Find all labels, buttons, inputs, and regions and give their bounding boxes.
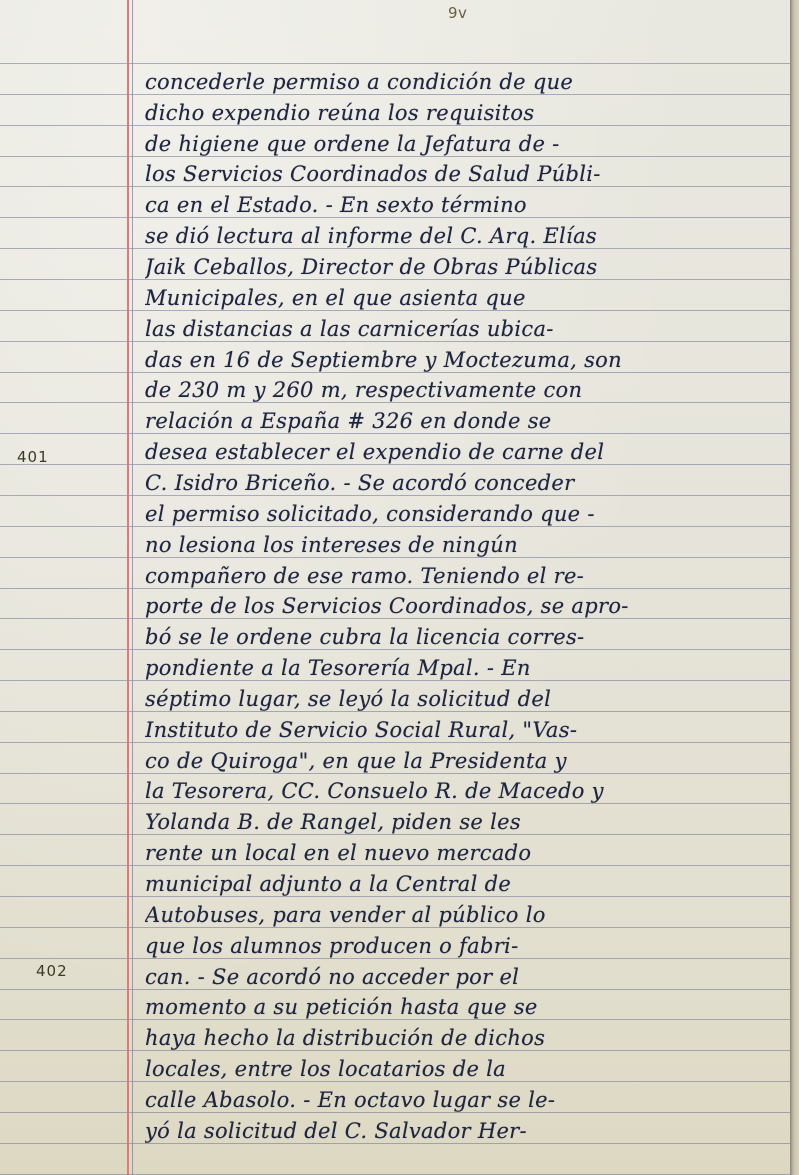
handwritten-line: C. Isidro Briceño. - Se acordó conceder — [145, 468, 775, 498]
handwritten-line: de higiene que ordene la Jefatura de - — [145, 129, 775, 159]
handwritten-line: locales, entre los locatarios de la — [145, 1054, 775, 1084]
handwritten-line: Instituto de Servicio Social Rural, "Vas… — [145, 715, 775, 745]
ruled-line — [0, 63, 790, 64]
handwritten-line: rente un local en el nuevo mercado — [145, 838, 775, 868]
ruled-line — [0, 1174, 790, 1175]
handwritten-line: séptimo lugar, se leyó la solicitud del — [145, 684, 775, 714]
folio-number: 9v — [448, 4, 467, 22]
handwritten-line: co de Quiroga", en que la Presidenta y — [145, 746, 775, 776]
handwritten-line: se dió lectura al informe del C. Arq. El… — [145, 221, 775, 251]
handwritten-line: no lesiona los intereses de ningún — [145, 530, 775, 560]
handwritten-line: los Servicios Coordinados de Salud Públi… — [145, 159, 775, 189]
red-margin-line — [127, 0, 129, 1175]
handwritten-line: las distancias a las carnicerías ubica- — [145, 314, 775, 344]
handwritten-line: dicho expendio reúna los requisitos — [145, 98, 775, 128]
handwritten-line: de 230 m y 260 m, respectivamente con — [145, 375, 775, 405]
handwritten-line: Municipales, en el que asienta que — [145, 283, 775, 313]
handwritten-line: compañero de ese ramo. Teniendo el re- — [145, 561, 775, 591]
handwritten-line: el permiso solicitado, considerando que … — [145, 499, 775, 529]
handwritten-line: yó la solicitud del C. Salvador Her- — [145, 1116, 775, 1146]
handwritten-line: pondiente a la Tesorería Mpal. - En — [145, 653, 775, 683]
handwritten-line: ca en el Estado. - En sexto término — [145, 190, 775, 220]
handwritten-line: municipal adjunto a la Central de — [145, 869, 775, 899]
handwritten-line: bó se le ordene cubra la licencia corres… — [145, 622, 775, 652]
ledger-page: 9v 401 402 concederle permiso a condició… — [0, 0, 792, 1175]
handwritten-line: can. - Se acordó no acceder por el — [145, 962, 775, 992]
handwritten-line: porte de los Servicios Coordinados, se a… — [145, 591, 775, 621]
handwritten-line: haya hecho la distribución de dichos — [145, 1023, 775, 1053]
margin-note-401: 401 — [17, 448, 49, 466]
handwritten-line: concederle permiso a condición de que — [145, 67, 775, 97]
handwritten-line: Yolanda B. de Rangel, piden se les — [145, 807, 775, 837]
blue-margin-line — [132, 0, 133, 1175]
handwritten-line: la Tesorera, CC. Consuelo R. de Macedo y — [145, 776, 775, 806]
handwritten-line: que los alumnos producen o fabri- — [145, 931, 775, 961]
handwritten-line: das en 16 de Septiembre y Moctezuma, son — [145, 345, 775, 375]
handwritten-line: calle Abasolo. - En octavo lugar se le- — [145, 1085, 775, 1115]
handwritten-line: Jaik Ceballos, Director de Obras Pública… — [145, 252, 775, 282]
handwritten-line: desea establecer el expendio de carne de… — [145, 437, 775, 467]
handwritten-line: relación a España # 326 en donde se — [145, 406, 775, 436]
handwritten-line: Autobuses, para vender al público lo — [145, 900, 775, 930]
margin-note-402: 402 — [36, 962, 68, 980]
page-edge — [790, 0, 799, 1175]
handwritten-line: momento a su petición hasta que se — [145, 992, 775, 1022]
